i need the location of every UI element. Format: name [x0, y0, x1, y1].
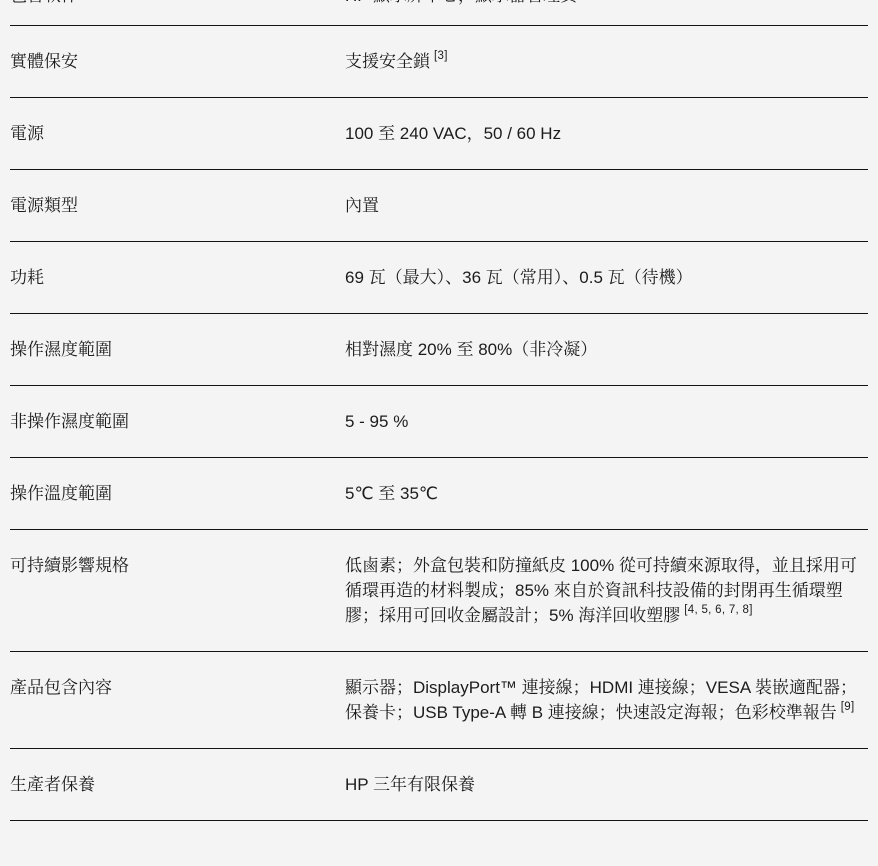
- spec-label: 操作溫度範圍: [10, 481, 345, 506]
- footnote-superscript: [9]: [841, 701, 855, 713]
- spec-label: 非操作濕度範圍: [10, 409, 345, 434]
- spec-value-text: 5 - 95 %: [345, 412, 408, 431]
- spec-value: 顯示器；DisplayPort™ 連接線；HDMI 連接線；VESA 裝嵌適配器…: [345, 675, 868, 725]
- spec-label: 功耗: [10, 265, 345, 290]
- footnote-superscript: [3]: [434, 50, 448, 62]
- spec-label: 產品包含內容: [10, 675, 345, 725]
- spec-value-text: 低鹵素；外盒包裝和防撞紙皮 100% 從可持續來源取得，並且採用可循環再造的材料…: [345, 556, 857, 625]
- spec-row-clipped-inner: 包含軟件 HP 顯示屏中心，顯示器管理員: [10, 0, 868, 8]
- spec-row: 實體保安 支援安全鎖[3]: [10, 26, 868, 98]
- spec-label: 電源: [10, 121, 345, 146]
- spec-row: 操作溫度範圍 5℃ 至 35℃: [10, 458, 868, 530]
- spec-value: 相對濕度 20% 至 80%（非冷凝）: [345, 337, 868, 362]
- spec-value: 支援安全鎖[3]: [345, 49, 868, 74]
- spec-table-body: 實體保安 支援安全鎖[3] 電源 100 至 240 VAC，50 / 60 H…: [0, 26, 878, 821]
- spec-value-text: 顯示器；DisplayPort™ 連接線；HDMI 連接線；VESA 裝嵌適配器…: [345, 678, 857, 722]
- spec-value: 低鹵素；外盒包裝和防撞紙皮 100% 從可持續來源取得，並且採用可循環再造的材料…: [345, 553, 868, 628]
- spec-label: 實體保安: [10, 49, 345, 74]
- footnote-superscript: [4, 5, 6, 7, 8]: [684, 604, 752, 616]
- spec-row: 電源類型 內置: [10, 170, 868, 242]
- spec-label: 電源類型: [10, 193, 345, 218]
- spec-value-text: 支援安全鎖: [345, 52, 430, 71]
- spec-table: 包含軟件 HP 顯示屏中心，顯示器管理員 實體保安 支援安全鎖[3] 電源 10…: [0, 0, 878, 821]
- spec-value-text: 69 瓦（最大）、36 瓦（常用）、0.5 瓦（待機）: [345, 268, 693, 287]
- spec-row: 可持續影響規格 低鹵素；外盒包裝和防撞紙皮 100% 從可持續來源取得，並且採用…: [10, 530, 868, 652]
- spec-value: 內置: [345, 193, 868, 218]
- spec-row: 功耗 69 瓦（最大）、36 瓦（常用）、0.5 瓦（待機）: [10, 242, 868, 314]
- spec-value: 100 至 240 VAC，50 / 60 Hz: [345, 121, 868, 146]
- spec-value: 5℃ 至 35℃: [345, 481, 868, 506]
- spec-value-text: HP 三年有限保養: [345, 775, 475, 794]
- spec-value-text: 相對濕度 20% 至 80%（非冷凝）: [345, 340, 597, 359]
- spec-value: 69 瓦（最大）、36 瓦（常用）、0.5 瓦（待機）: [345, 265, 868, 290]
- spec-row: 非操作濕度範圍 5 - 95 %: [10, 386, 868, 458]
- spec-value-text: 5℃ 至 35℃: [345, 484, 438, 503]
- spec-value-text: 100 至 240 VAC，50 / 60 Hz: [345, 124, 561, 143]
- spec-row: 生產者保養 HP 三年有限保養: [10, 749, 868, 821]
- spec-row: 電源 100 至 240 VAC，50 / 60 Hz: [10, 98, 868, 170]
- spec-label: 生產者保養: [10, 772, 345, 797]
- spec-row-clipped: 包含軟件 HP 顯示屏中心，顯示器管理員: [10, 0, 868, 26]
- spec-value-text: 內置: [345, 196, 379, 215]
- spec-value: 5 - 95 %: [345, 409, 868, 434]
- spec-label: 包含軟件: [10, 0, 345, 8]
- spec-value: HP 三年有限保養: [345, 772, 868, 797]
- spec-label: 操作濕度範圍: [10, 337, 345, 362]
- spec-label: 可持續影響規格: [10, 553, 345, 628]
- spec-row: 操作濕度範圍 相對濕度 20% 至 80%（非冷凝）: [10, 314, 868, 386]
- spec-row: 產品包含內容 顯示器；DisplayPort™ 連接線；HDMI 連接線；VES…: [10, 652, 868, 749]
- spec-value: HP 顯示屏中心，顯示器管理員: [345, 0, 868, 8]
